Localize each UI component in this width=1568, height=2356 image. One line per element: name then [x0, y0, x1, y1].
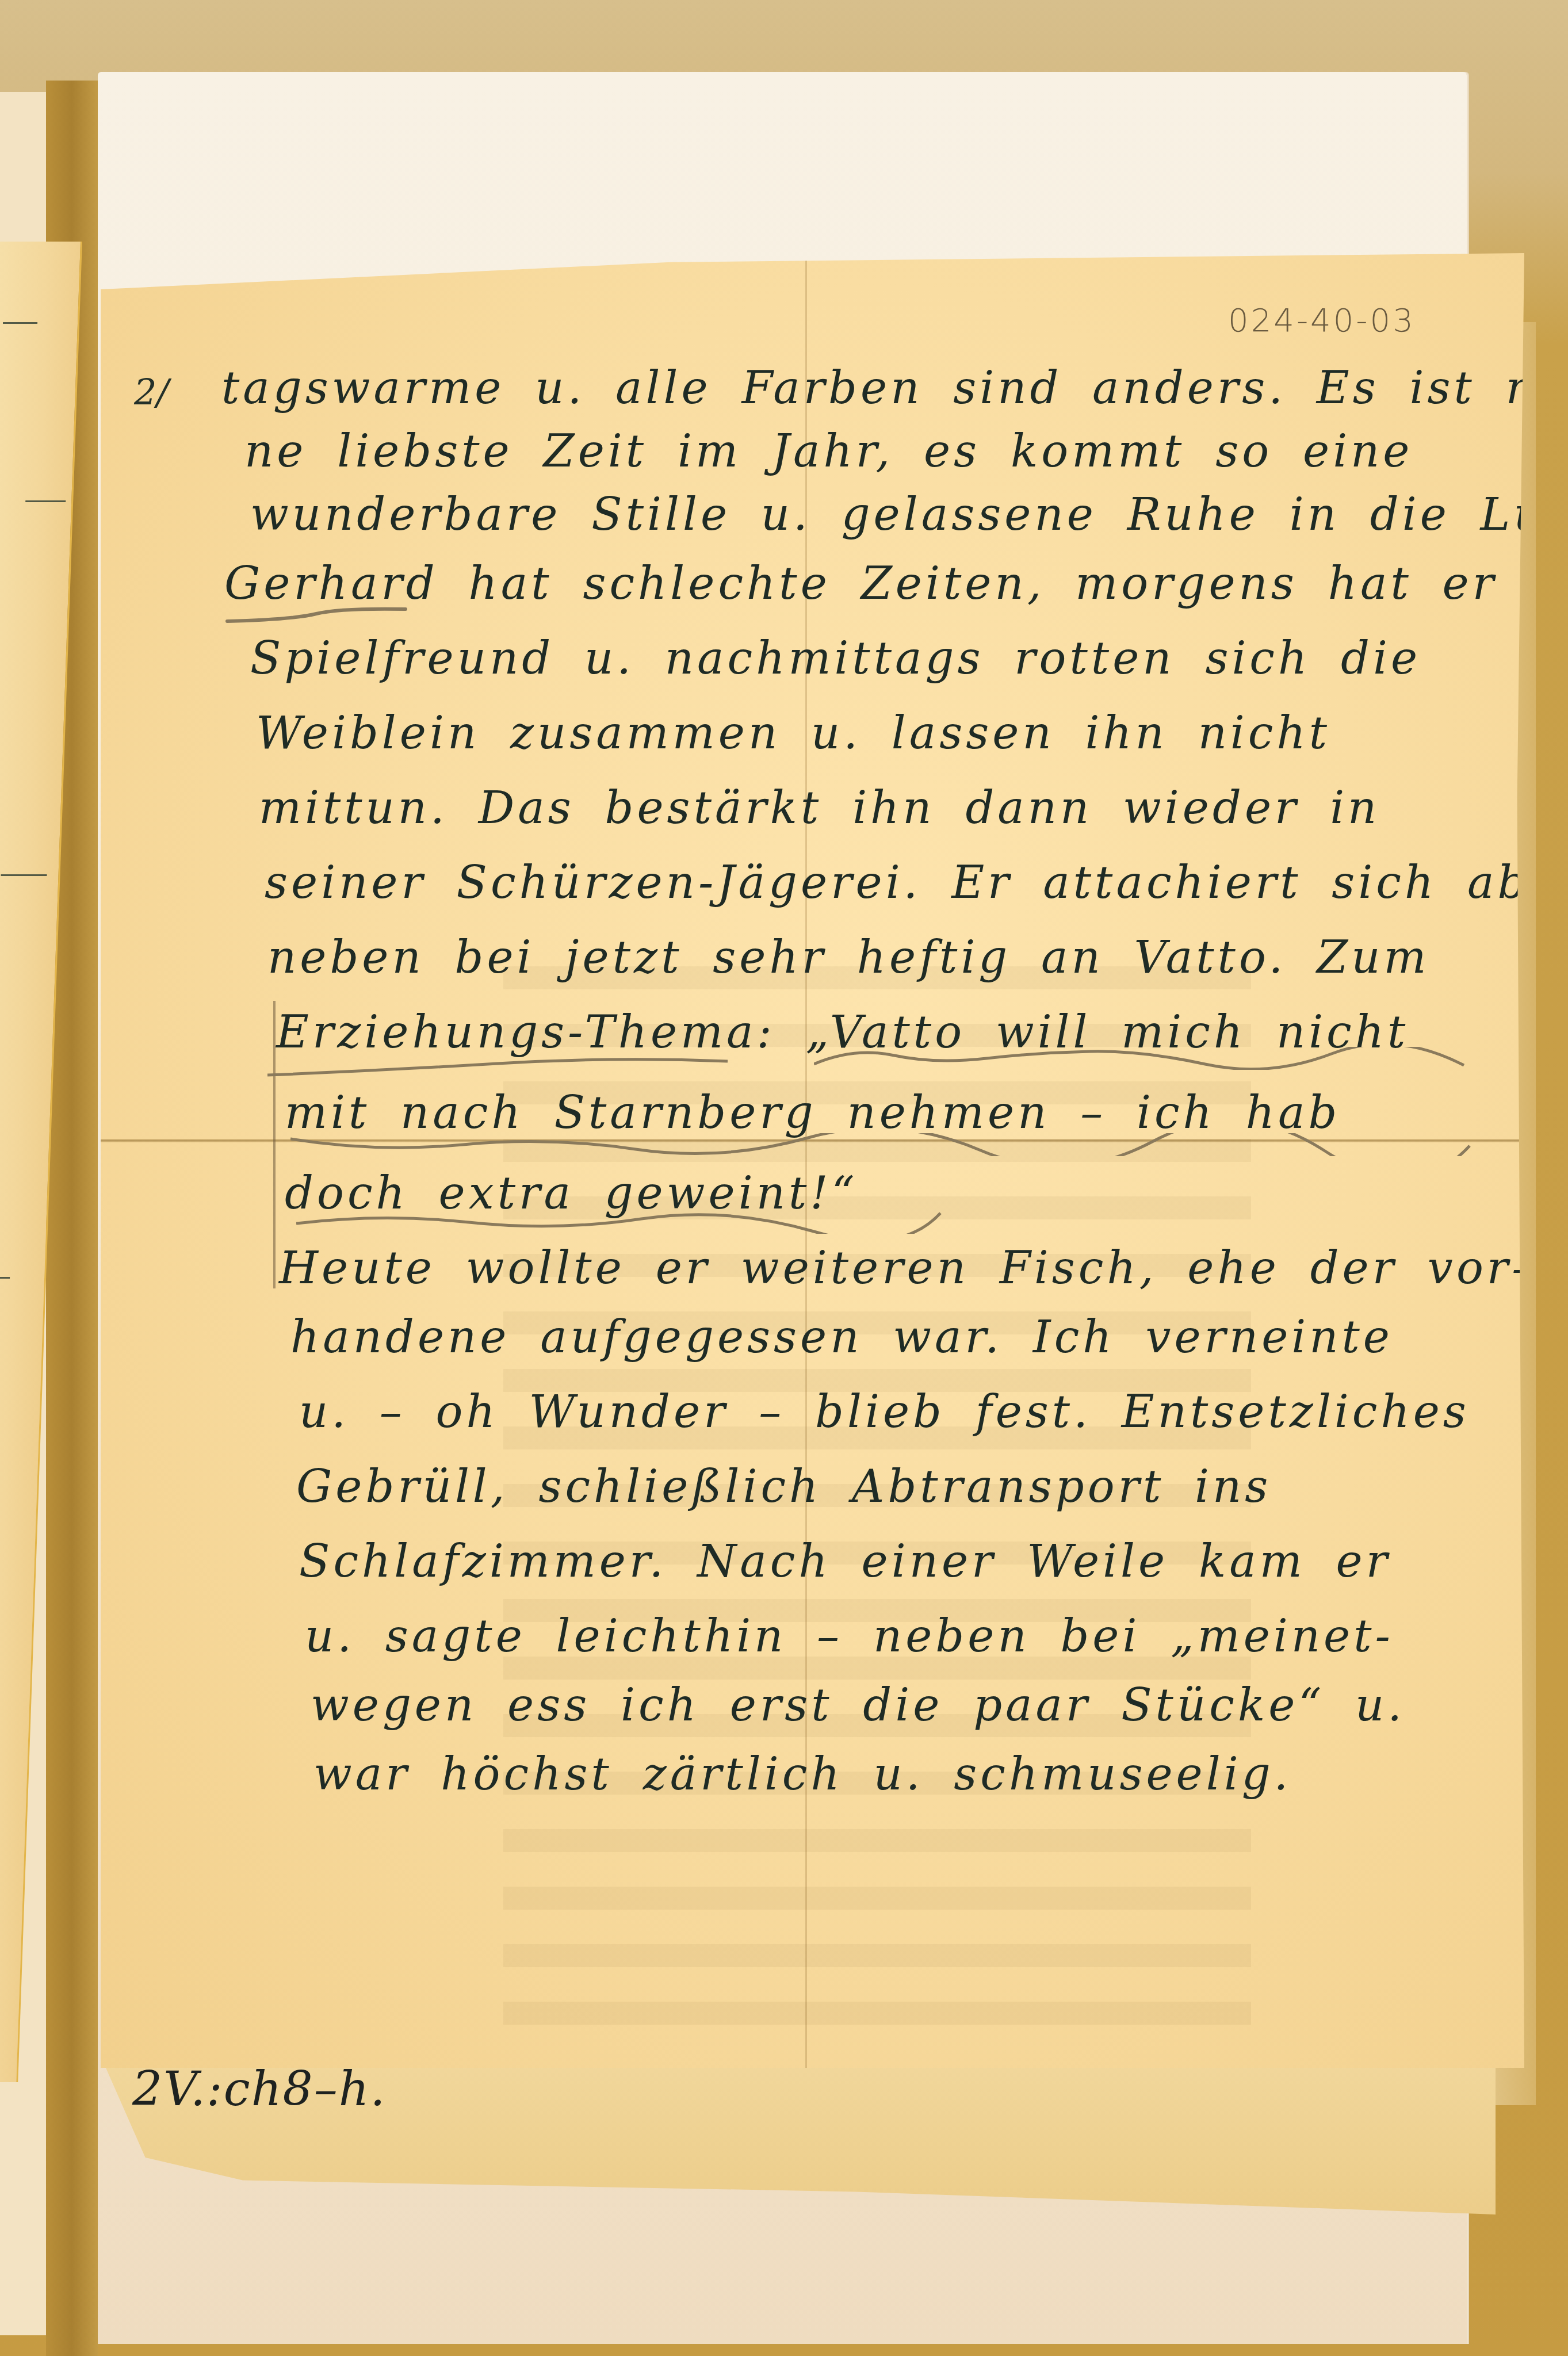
letter-page: 024-40-03 2/ tagswarme u. alle Farben si…	[101, 253, 1524, 2068]
text-line: u. sagte leichthin – neben bei „meinet-	[305, 1611, 1394, 1662]
text-line: Gerhard hat schlechte Zeiten, morgens ha…	[224, 558, 1568, 610]
pencil-underline-gerhard	[224, 607, 408, 624]
text-line: mit nach Starnberg nehmen – ich hab	[285, 1087, 1340, 1139]
text-line: wegen ess ich erst die paar Stücke“ u.	[311, 1680, 1405, 1731]
text-line: seiner Schürzen-Jägerei. Er attachiert s…	[265, 857, 1568, 909]
text-line: Gebrüll, schließlich Abtransport ins	[296, 1461, 1271, 1513]
ink-mark	[1, 874, 47, 876]
text-line: u. – oh Wunder – blieb fest. Entsetzlich…	[299, 1386, 1470, 1438]
ink-mark	[0, 1277, 10, 1279]
text-line: ne liebste Zeit im Jahr, es kommt so ein…	[244, 426, 1413, 477]
text-line: Schlafzimmer. Nach einer Weile kam er	[299, 1536, 1391, 1588]
text-line: handene aufgegessen war. Ich verneinte	[290, 1311, 1393, 1363]
text-line: wunderbare Stille u. gelassene Ruhe in d…	[250, 489, 1568, 541]
pencil-underline-wavy	[267, 1055, 733, 1078]
ink-mark	[3, 322, 37, 324]
pencil-margin-bracket	[273, 1001, 276, 1288]
text-line: Heute wollte er weiteren Fisch, ehe der …	[279, 1242, 1538, 1294]
archive-note: 2V.:ch8–h.	[132, 2062, 387, 2117]
text-line: Weiblein zusammen u. lassen ihn nicht	[256, 707, 1330, 759]
text-line: tagswarme u. alle Farben sind anders. Es…	[221, 362, 1568, 414]
pencil-underline-wavy	[814, 1047, 1470, 1070]
text-line: Spielfreund u. nachmittags rotten sich d…	[250, 633, 1421, 684]
pencil-underline-wavy	[290, 1133, 1475, 1156]
text-line: mittun. Das bestärkt ihn dann wieder in	[259, 782, 1380, 834]
ink-mark	[25, 500, 66, 502]
text-line: neben bei jetzt sehr heftig an Vatto. Zu…	[267, 932, 1430, 984]
pencil-underline-wavy	[296, 1211, 946, 1234]
letter-body: tagswarme u. alle Farben sind anders. Es…	[101, 253, 1524, 2068]
text-line: war höchst zärtlich u. schmuseelig.	[313, 1749, 1291, 1800]
